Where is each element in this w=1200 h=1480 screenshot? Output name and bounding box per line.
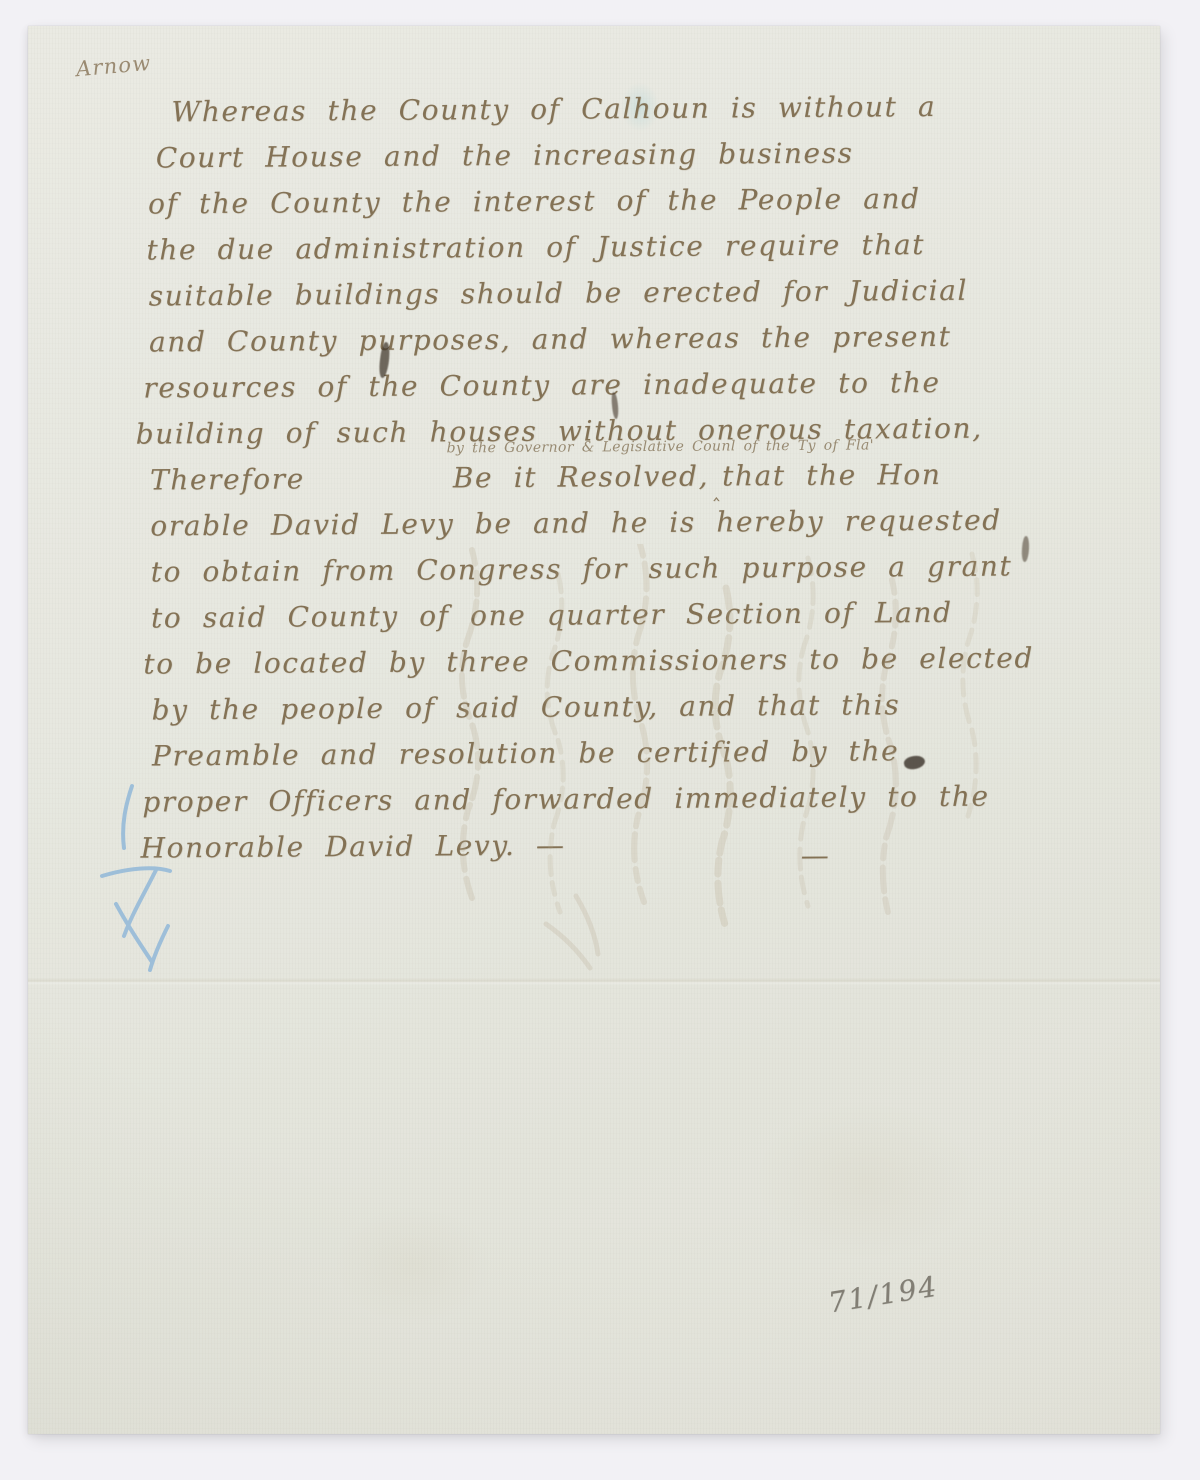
manuscript-line-resolve: Thereforeby the Governor & Legislative C… [150, 451, 1150, 504]
resolve-opening: Be it Resolved, [453, 460, 709, 495]
manuscript-line: of the County the interest of the People… [148, 175, 1148, 228]
resolve-continuation: that the Hon [722, 458, 942, 493]
manuscript-line: and County purposes, and whereas the pre… [149, 313, 1149, 366]
blue-pencil-marks [58, 778, 208, 978]
manuscript-line: the due administration of Justice requir… [146, 221, 1148, 274]
margin-annotation: Arnow [75, 51, 152, 81]
therefore-word: Therefore [150, 462, 305, 496]
ink-bleed-through [426, 544, 1066, 1064]
manuscript-line: Court House and the increasing business [156, 129, 1148, 182]
scanned-document-background: Arnow Whereas the County of Calhoun is w… [0, 0, 1200, 1480]
manuscript-line: suitable buildings should be erected for… [149, 267, 1149, 320]
manuscript-page: Arnow Whereas the County of Calhoun is w… [28, 26, 1160, 1434]
interlined-insertion: by the Governor & Legislative Counl of t… [447, 438, 874, 455]
resolve-clause: by the Governor & Legislative Counl of t… [453, 452, 942, 515]
fold-crease [28, 978, 1160, 985]
manuscript-line: Whereas the County of Calhoun is without… [171, 83, 1147, 136]
insertion-caret-mark: ‸ [713, 468, 721, 514]
manuscript-line: resources of the County are inadequate t… [143, 359, 1149, 412]
archival-page-number: 71/194 [826, 1270, 940, 1320]
